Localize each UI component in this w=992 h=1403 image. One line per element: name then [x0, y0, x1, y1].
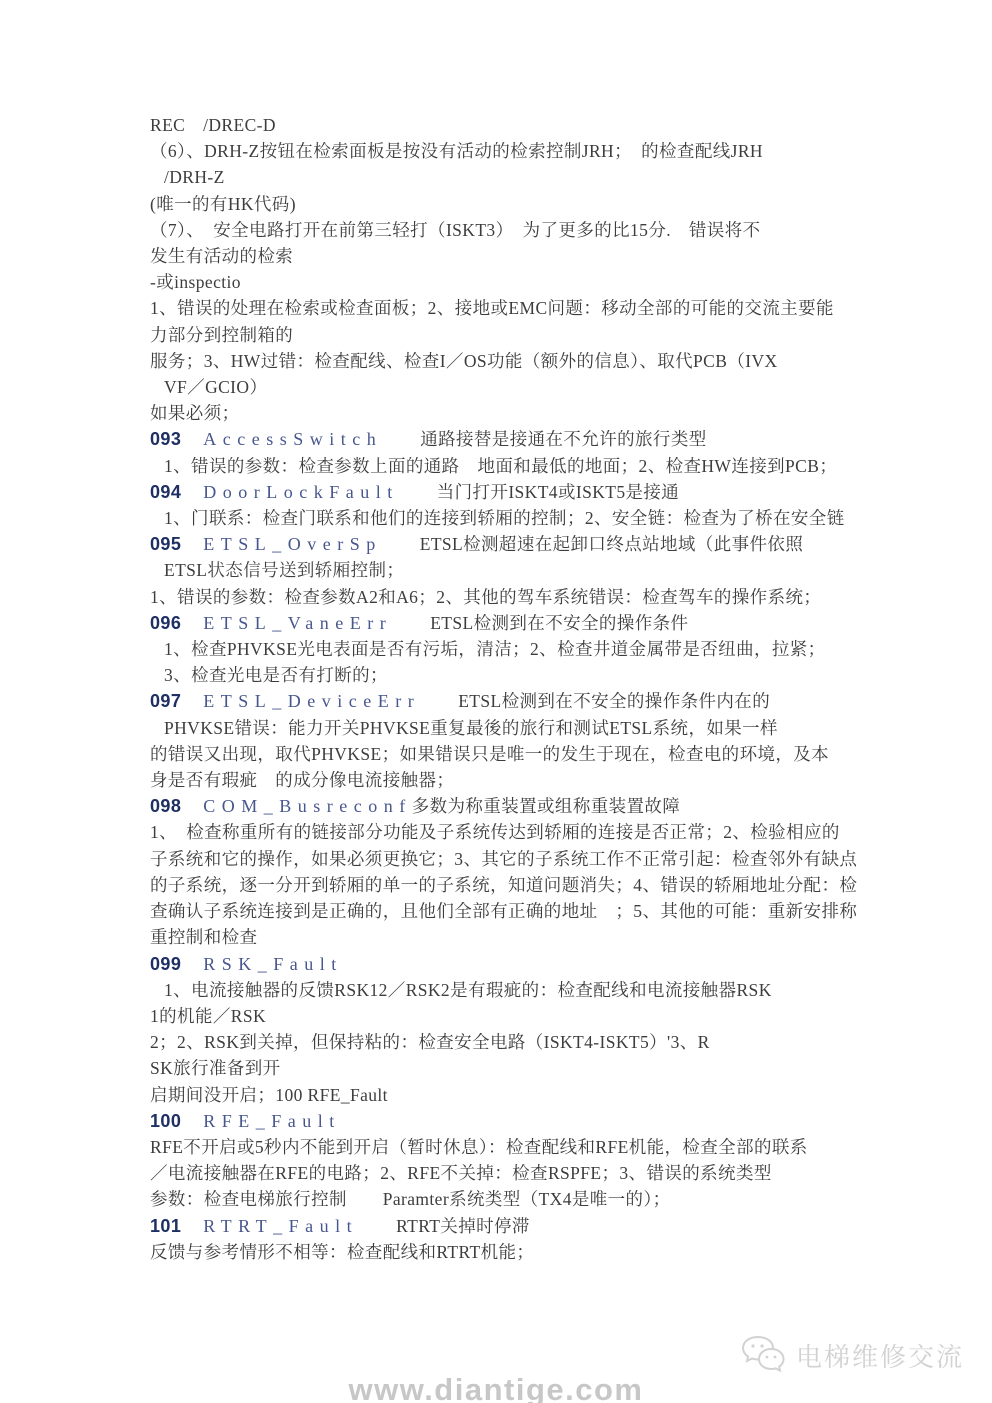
document-line: 的子系统，逐一分开到轿厢的单一的子系统，知道问题消失；4、错误的轿厢地址分配：检 [150, 872, 874, 898]
error-code-name: RTRT_Fault [203, 1216, 358, 1236]
document-page: REC /DREC-D（6）、DRH-Z按钮在检索面板是按没有活动的检索控制JR… [0, 0, 992, 1403]
document-line: 1、错误的处理在检索或检查面板；2、接地或EMC问题：移动全部的可能的交流主要能 [150, 295, 874, 321]
document-line: （6）、DRH-Z按钮在检索面板是按没有活动的检索控制JRH； 的检查配线JRH [150, 138, 874, 164]
error-code-name: COM_Busreconf [203, 796, 412, 816]
error-code-line: 100RFE_Fault [150, 1108, 874, 1134]
document-line: 参数：检查电梯旅行控制 Paramter系统类型（TX4是唯一的）； [150, 1186, 874, 1212]
error-code-name: ETSL_OverSp [203, 534, 382, 554]
error-code-line: 093AccessSwitch通路接替是接通在不允许的旅行类型 [150, 426, 874, 452]
error-code-number: 098 [150, 796, 181, 816]
watermark-brand-text: 电梯维修交流 [796, 1337, 964, 1374]
document-line: 的错误又出现，取代PHVKSE；如果错误只是唯一的发生于现在，检查电的环境，及本 [150, 741, 874, 767]
error-code-description: ETSL检测到在不安全的操作条件 [430, 613, 688, 633]
error-code-name: ETSL_VaneErr [203, 613, 392, 633]
error-code-line: 098COM_Busreconf多数为称重装置或组称重装置故障 [150, 793, 874, 819]
error-code-line: 096ETSL_VaneErrETSL检测到在不安全的操作条件 [150, 610, 874, 636]
document-line: 力部分到控制箱的 [150, 322, 874, 348]
document-line: 子系统和它的操作，如果必须更换它；3、其它的子系统工作不正常引起：检查邻外有缺点 [150, 846, 874, 872]
error-code-line: 097ETSL_DeviceErrETSL检测到在不安全的操作条件内在的 [150, 688, 874, 714]
error-code-line: 095ETSL_OverSpETSL检测超速在起卸口终点站地域（此事件依照 [150, 531, 874, 557]
watermark-brand: 电梯维修交流 [740, 1334, 964, 1376]
document-line: SK旅行准备到开 [150, 1055, 874, 1081]
error-code-name: DoorLockFault [203, 482, 398, 502]
error-code-name: RSK_Fault [203, 954, 343, 974]
error-code-number: 094 [150, 482, 181, 502]
document-line: 发生有活动的检索 [150, 243, 874, 269]
error-code-description: RTRT关掉时停滞 [396, 1216, 530, 1236]
error-code-number: 095 [150, 534, 181, 554]
error-code-description: ETSL检测到在不安全的操作条件内在的 [458, 691, 770, 711]
document-line: 查确认子系统连接到是正确的，且他们全部有正确的地址 ；5、其他的可能：重新安排称 [150, 898, 874, 924]
error-code-number: 096 [150, 613, 181, 633]
document-line: 身是否有瑕疵 的成分像电流接触器； [150, 767, 874, 793]
watermark-url: www.diantige.com [349, 1372, 644, 1403]
document-line: （7）、 安全电路打开在前第三轻打（ISKT3） 为了更多的比15分. 错误将不 [150, 217, 874, 243]
error-code-number: 101 [150, 1216, 181, 1236]
document-line: VF／GCIO） [150, 374, 874, 400]
error-code-number: 100 [150, 1111, 181, 1131]
document-line: (唯一的有HK代码) [150, 191, 874, 217]
document-line: 1、门联系：检查门联系和他们的连接到轿厢的控制；2、安全链：检查为了桥在安全链 [150, 505, 874, 531]
error-code-name: ETSL_DeviceErr [203, 691, 420, 711]
document-line: ETSL状态信号送到轿厢控制； [150, 557, 874, 583]
error-code-name: RFE_Fault [203, 1111, 341, 1131]
error-code-description: 通路接替是接通在不允许的旅行类型 [420, 429, 706, 449]
document-line: 3、检查光电是否有打断的； [150, 662, 874, 688]
error-code-line: 094DoorLockFault当门打开ISKT4或ISKT5是接通 [150, 479, 874, 505]
document-line: 1、错误的参数：检查参数A2和A6；2、其他的驾车系统错误：检查驾车的操作系统； [150, 584, 874, 610]
document-line: 2；2、RSK到关掉，但保持粘的：检查安全电路（ISKT4-ISKT5）'3、R [150, 1029, 874, 1055]
document-line: REC /DREC-D [150, 112, 874, 138]
document-line: 1、错误的参数：检查参数上面的通路 地面和最低的地面；2、检查HW连接到PCB； [150, 453, 874, 479]
error-code-number: 097 [150, 691, 181, 711]
document-body: REC /DREC-D（6）、DRH-Z按钮在检索面板是按没有活动的检索控制JR… [150, 112, 874, 1265]
error-code-name: AccessSwitch [203, 429, 382, 449]
document-line: 反馈与参考情形不相等：检查配线和RTRT机能； [150, 1239, 874, 1265]
document-line: 1、电流接触器的反馈RSK12／RSK2是有瑕疵的：检查配线和电流接触器RSK [150, 977, 874, 1003]
document-line: ／电流接触器在RFE的电路；2、RFE不关掉：检查RSPFE；3、错误的系统类型 [150, 1160, 874, 1186]
document-line: 启期间没开启；100 RFE_Fault [150, 1082, 874, 1108]
document-line: PHVKSE错误：能力开关PHVKSE重复最後的旅行和测试ETSL系统，如果一样 [150, 715, 874, 741]
error-code-description: 多数为称重装置或组称重装置故障 [412, 796, 681, 816]
error-code-number: 093 [150, 429, 181, 449]
document-line: 如果必须； [150, 400, 874, 426]
document-line: 1、检查PHVKSE光电表面是否有污垢，清洁；2、检查井道金属带是否纽曲，拉紧； [150, 636, 874, 662]
error-code-description: 当门打开ISKT4或ISKT5是接通 [437, 482, 679, 502]
error-code-description: ETSL检测超速在起卸口终点站地域（此事件依照 [420, 534, 804, 554]
error-code-number: 099 [150, 954, 181, 974]
document-line: 1、 检查称重所有的链接部分功能及子系统传达到轿厢的连接是否正常；2、检验相应的 [150, 819, 874, 845]
document-line: /DRH-Z [150, 164, 874, 190]
document-line: 服务；3、HW过错：检查配线、检查I／OS功能（额外的信息）、取代PCB（IVX [150, 348, 874, 374]
document-line: 1的机能／RSK [150, 1003, 874, 1029]
error-code-line: 101RTRT_FaultRTRT关掉时停滞 [150, 1213, 874, 1239]
error-code-line: 099RSK_Fault [150, 951, 874, 977]
document-line: RFE不开启或5秒内不能到开启（暂时休息）：检查配线和RFE机能，检查全部的联系 [150, 1134, 874, 1160]
chat-bubbles-icon [740, 1334, 786, 1376]
document-line: -或inspectio [150, 269, 874, 295]
document-line: 重控制和检查 [150, 924, 874, 950]
